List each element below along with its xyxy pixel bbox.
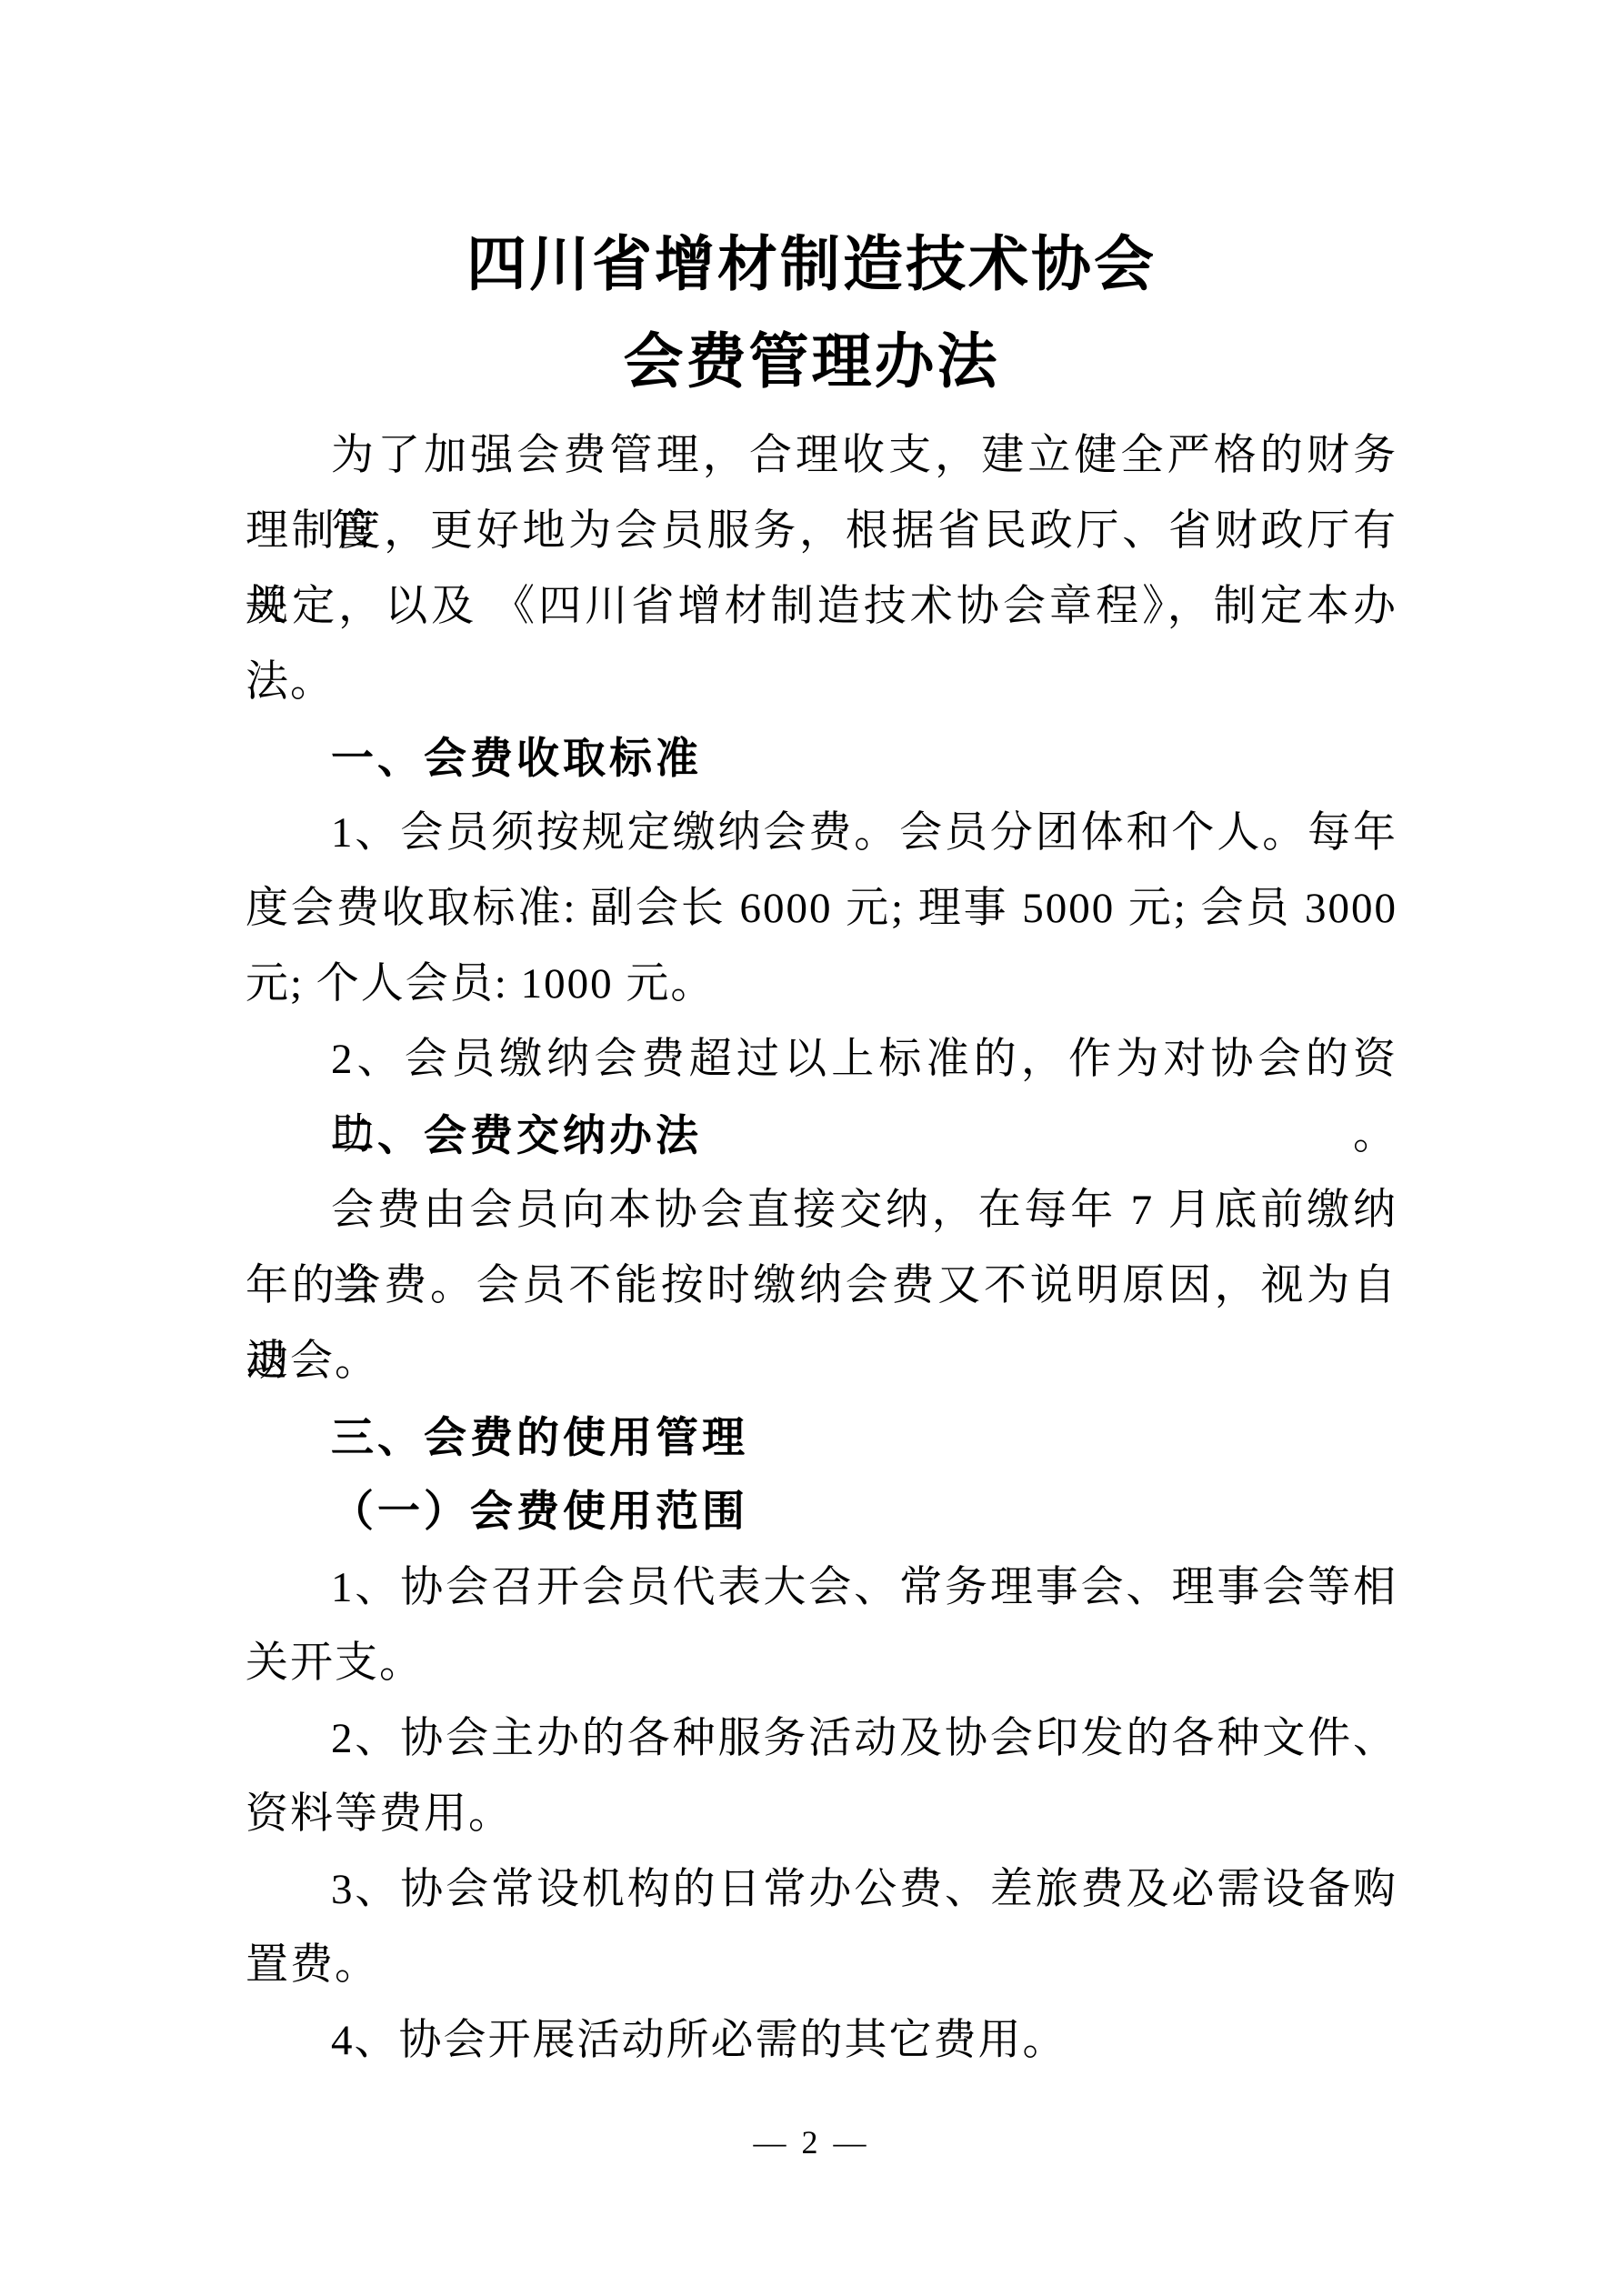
section-heading: 三、会费的使用管理 [245,1399,1398,1475]
body-line: 2、会员缴纳会费超过以上标准的，作为对协会的资助。 [245,1022,1398,1098]
body-line: 4、协会开展活动所必需的其它费用。 [245,2003,1398,2079]
body-line: 元; 个人会员: 1000 元。 [245,947,1398,1022]
body-line: 资料等费用。 [245,1777,1398,1852]
body-line: 1、会员须按规定缴纳会费。会员分团体和个人。每年 [245,796,1398,871]
section-heading: 二、会费交纳办法 [245,1098,1398,1173]
body-line: 会费由会员向本协会直接交纳，在每年 7 月底前缴纳当 [245,1173,1398,1248]
body-line: 3、协会常设机构的日常办公费、差旅费及必需设备购 [245,1852,1398,1928]
body-line: 规定，以及 《四川省增材制造技术协会章程》，制定本办 [245,569,1398,645]
body-line: 1、协会召开会员代表大会、常务理事会、理事会等相 [245,1550,1398,1626]
page-footer: — 2 — [0,2124,1623,2161]
document-title: 四川省增材制造技术协会 会费管理办法 [0,0,1623,411]
body-line: 为了加强会费管理，合理收支，建立健全严格的财务管 [245,418,1398,494]
body-line: 置费。 [245,1928,1398,2003]
body-line: 2、协会主办的各种服务活动及协会印发的各种文件、 [245,1701,1398,1777]
body-line: 理制度，更好地为会员服务，根据省民政厅、省财政厅有关 [245,494,1398,569]
document-page: 四川省增材制造技术协会 会费管理办法 为了加强会费管理，合理收支，建立健全严格的… [0,0,1623,2296]
document-title-line-1: 四川省增材制造技术协会 [0,216,1623,314]
document-title-line-2: 会费管理办法 [0,314,1623,411]
body-line: 关开支。 [245,1626,1398,1701]
body-line: 退会。 [245,1324,1398,1399]
page-number: — 2 — [754,2124,870,2161]
body-line: 年的会费。会员不能按时缴纳会费又不说明原因，视为自动 [245,1248,1398,1324]
subsection-heading: （一）会费使用范围 [245,1475,1398,1550]
body-line: 法。 [245,645,1398,720]
section-heading: 一、会费收取标准 [245,720,1398,796]
body-line: 度会费收取标准: 副会长 6000 元; 理事 5000 元; 会员 3000 [245,871,1398,947]
document-body: 为了加强会费管理，合理收支，建立健全严格的财务管理制度，更好地为会员服务，根据省… [245,418,1398,2079]
